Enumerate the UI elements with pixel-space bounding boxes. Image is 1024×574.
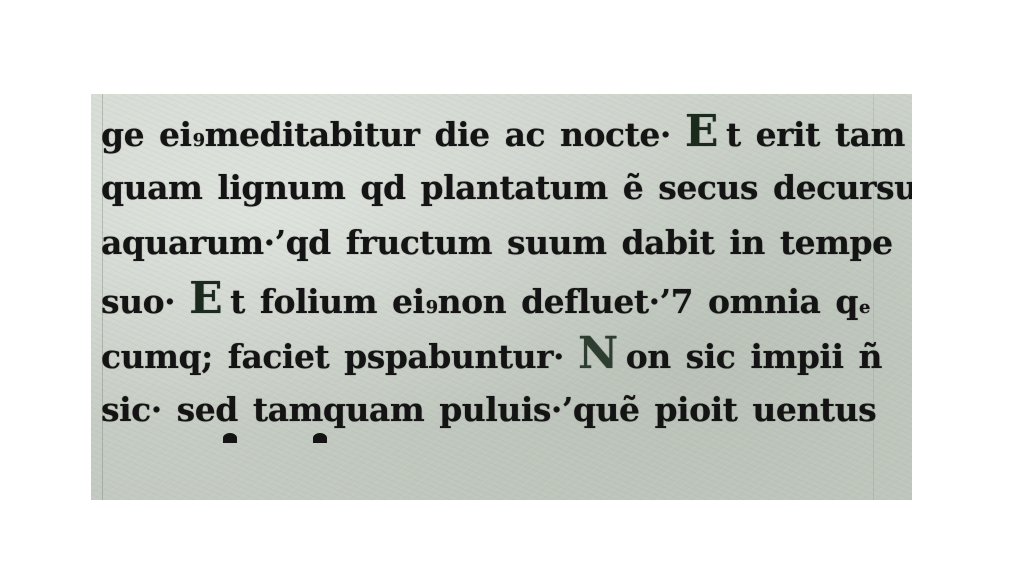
text-segment: aquarum·’qd fructum suum dabit in tempe	[101, 215, 893, 271]
manuscript-line-5: cumq; faciet pspabuntur·Non sic impii ñ	[101, 326, 892, 382]
text-segment: on sic impii ñ	[626, 329, 882, 385]
text-segment: t folium ei	[230, 274, 424, 330]
manuscript-parchment: ge ei9 meditabitur die ac nocte·Et erit …	[91, 94, 912, 500]
decorated-initial-e: E	[685, 104, 718, 160]
page-canvas: ge ei9 meditabitur die ac nocte·Et erit …	[0, 0, 1024, 574]
manuscript-line-1: ge ei9 meditabitur die ac nocte·Et erit …	[101, 104, 892, 160]
manuscript-line-4: suo·Et folium ei9 non defluet·’7 omnia q…	[101, 271, 892, 327]
decorated-initial-n: N	[578, 326, 618, 382]
text-segment: meditabitur die ac nocte·	[205, 107, 671, 163]
text-segment: t erit tam	[726, 107, 905, 163]
manuscript-line-2: quam lignum qd plantatum ẽ secus decursu…	[101, 160, 892, 216]
text-segment: ge ei	[101, 107, 192, 163]
text-segment: sic· sed tamquam puluis·’quẽ pioit uentu…	[101, 382, 876, 438]
manuscript-line-3: aquarum·’qd fructum suum dabit in tempe	[101, 215, 892, 271]
text-segment: non defluet·’7 omnia q	[438, 274, 858, 330]
manuscript-line-6: sic· sed tamquam puluis·’quẽ pioit uentu…	[101, 382, 892, 438]
text-segment: cumq; faciet pspabuntur·	[101, 329, 564, 385]
manuscript-text-block: ge ei9 meditabitur die ac nocte·Et erit …	[101, 104, 892, 437]
text-segment: suo·	[101, 274, 175, 330]
text-segment: quam lignum qd plantatum ẽ secus decursu…	[101, 160, 912, 216]
cut-off-descender	[223, 433, 237, 443]
cut-off-descender	[313, 433, 327, 443]
decorated-initial-e: E	[189, 271, 222, 327]
